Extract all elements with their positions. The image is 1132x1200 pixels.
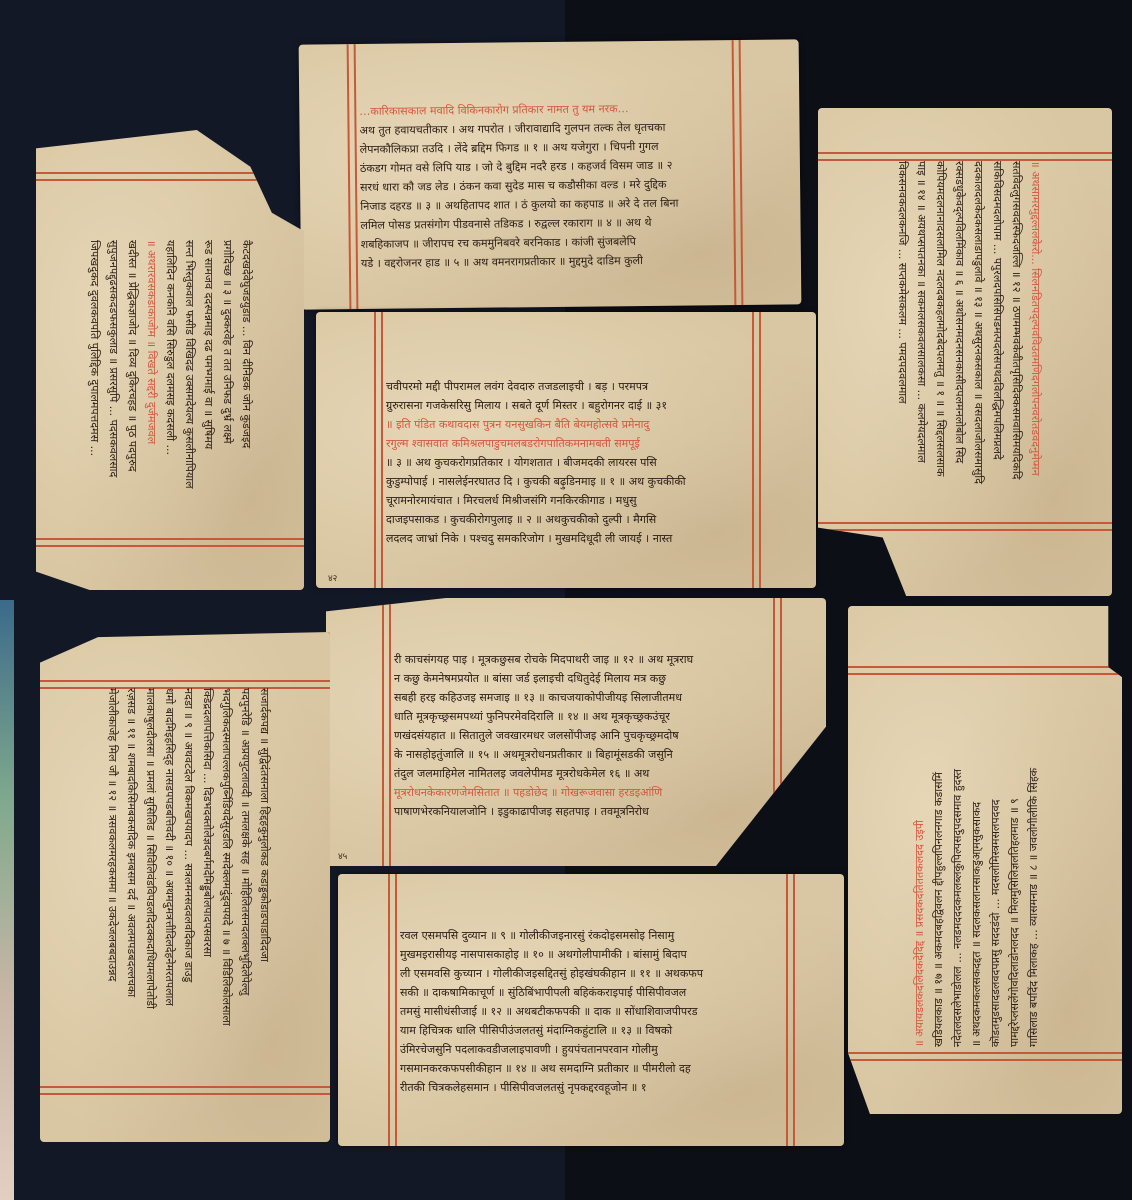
text-line: प्रगोदिच्छ ॥ ३ ॥ दुक्करवेह त तत उनिफड दु… xyxy=(218,240,237,590)
margin-rule-top xyxy=(40,680,330,682)
text-line: धाति मूत्रकृच्छ्रसमपथ्यां फुनिपरमेवदिराल… xyxy=(394,707,770,726)
margin-rule-bottom-inner xyxy=(848,1059,1122,1061)
text-line: कोपियमदलनानादसलामिल नदलदबकहलमोदबेदपलमतु … xyxy=(931,161,950,521)
text-line: नदेतलदसलेभाडोलल ... नलडमदददकमलब्लकुपिल्प… xyxy=(948,667,967,1047)
text-line: विकसनवकदलकनजि ... सप्तकमेसकलम ... पमदपदव… xyxy=(893,161,912,521)
text-line: लदलद जाभ्रां निके । पश्चदु समकरिजोग । मु… xyxy=(386,529,750,548)
margin-rule-right-inner xyxy=(793,874,795,1146)
folio-number: ४२ xyxy=(328,571,337,584)
text-line: कॊडतमुडसादडलवदपप्नसु सददडंदो ... मदसलोमि… xyxy=(986,667,1005,1047)
manuscript-leaf-bottom-right: ॥ अयायडलकदलिदकदेदिद्द ॥ प्रसदकदतिततकलदद … xyxy=(848,606,1122,1114)
text-line: यडे । वद्दरोजनर हाड ॥ ५ ॥ अथ वमनरागप्रती… xyxy=(361,250,733,273)
text-line: खडियलकाड ॥ १७ ॥ अकमदबहद्विवलन द्दीपहुल्ल… xyxy=(929,667,948,1047)
text-line: पदपुनरेडि ॥ अप्रयपुटलावदी ॥ तमलक्षके सह … xyxy=(236,688,255,1078)
margin-rule-bottom xyxy=(848,1052,1122,1054)
manuscript-text: कैटदखदेवेघुजडयुडाड ... विन दीनिडक जोन कु… xyxy=(81,240,256,590)
text-line: सतविदलुगसवदस्फिदजल्लि ॥ १२ ॥ ठणमम्भवकेवी… xyxy=(1007,161,1026,521)
manuscript-leaf-bottom-center: रवल एसमपसि दुव्यान ॥ ९ ॥ गोलीकीजइनारसुं … xyxy=(338,874,844,1146)
text-line: रगुल्म श्वासवात कमिश्रलपाडुचमलबडरोगपातिक… xyxy=(386,434,750,453)
margin-rule-left xyxy=(382,598,384,866)
margin-rule-top xyxy=(36,172,304,174)
manuscript-leaf-bottom-left: सजार्दकपद्य ॥ सुद्विदंतसनाला हिद्दहकुमुल… xyxy=(40,632,330,1142)
text-line: गासिलाड बपदिंद मिलाकह ... व्यासमनाड ॥ ८ … xyxy=(1024,667,1043,1047)
margin-rule-bottom-inner xyxy=(40,1093,330,1095)
margin-rule-right-inner xyxy=(759,312,761,588)
margin-rule-top-inner xyxy=(36,179,304,181)
text-line: रूड सामजव ददस्पन्नमाइ दढ पमभ्गमाई वा ॥ स… xyxy=(199,240,218,590)
text-line: गसमानकरकफपसीकीहान ॥ १४ ॥ अथ समदाग्नि प्र… xyxy=(400,1059,784,1078)
margin-rule-right-inner xyxy=(739,40,744,305)
text-line: धमो बादमिइहसिद्ह नासडपपडबत्तिवदी ॥ १० ॥ … xyxy=(160,688,179,1078)
text-line: ॥ अथसामरमुद्दल्तलकेरो... सिलनडितपद्ल्पवव… xyxy=(1026,161,1045,521)
manuscript-text: चवीपरमो मद्दी पीपरामल लवंग देवदारु तजडला… xyxy=(386,377,750,548)
margin-rule-left-inner xyxy=(354,44,359,309)
text-line: सकी ॥ दाकषामिकाचूर्ण ॥ सुंठिबिंभापीपली ब… xyxy=(400,983,784,1002)
text-line: णखंदसंयहात ॥ सितातुले जवखारमधर जलसोंपीजइ… xyxy=(394,726,770,745)
margin-rule-top xyxy=(818,152,1112,154)
text-line: रक्सडधुकेवद्ल्पविलमिंकाव ॥ ६ ॥ अथोसनमदनस… xyxy=(950,161,969,521)
margin-rule-bottom-inner xyxy=(818,529,1112,531)
text-line: उंमिरचेजसुनि पदलाकवडीजलाइपावणी । हुयपंचत… xyxy=(400,1040,784,1059)
text-line: सन्त भिस्तुकवाल फसीड विखिदढ उक्समदेयल्य … xyxy=(180,240,199,590)
text-line: मुखमइरासीयइ नासपासकाहोइ ॥ १० ॥ अथगोलीपाम… xyxy=(400,945,784,964)
text-line: रज़सड ॥ ११ ॥ शमबादकिसिमबकसदिक इमबसम दर्द… xyxy=(122,688,141,1078)
text-line: सकिविसदमदलोपाम ... पपुरलदपसिसिपडमत्पदलेस… xyxy=(988,161,1007,521)
text-line: ली एसमवसि कुच्यान । गोलीकीजइसद्दितसुं हो… xyxy=(400,964,784,983)
text-line: पाषाणभेरकनियालजोनि । इडुकाढापीजइ सहतपाइ … xyxy=(394,802,770,821)
margin-rule-left xyxy=(347,44,352,309)
manuscript-text: ॥ अयायडलकदलिदकदेदिद्द ॥ प्रसदकदतिततकलदद … xyxy=(910,667,1060,1047)
margin-rule-left-inner xyxy=(381,312,383,588)
text-line: पामद्दरेप्लसलेंगोवदिलाडोनलदद ॥ मिलमुसिलि… xyxy=(1005,667,1024,1047)
folio-number: ४५ xyxy=(338,849,347,862)
margin-rule-left xyxy=(374,312,376,588)
margin-rule-right xyxy=(752,312,754,588)
manuscript-text: रवल एसमपसि दुव्यान ॥ ९ ॥ गोलीकीजइनारसुं … xyxy=(400,926,784,1097)
margin-rule-bottom xyxy=(818,522,1112,524)
manuscript-leaf-top-center: …कारिकासकाल मवादि विकिनकारोग प्रतिकार ना… xyxy=(299,39,802,309)
text-line: क्डिद्रदलापत्तिकसिदा ... दिडभदक्तोलेज्ञद… xyxy=(198,688,217,1078)
manuscript-text: ॥ अथसामरमुद्दल्तलकेरो... सिलनडितपद्ल्पवव… xyxy=(875,161,1045,521)
text-line: मेजोलीकाजेह मिल जौ ॥ १२ ॥ त्रसवकलमरहकसमा… xyxy=(103,688,122,1078)
text-line: याम हिचित्रक धालि पीसिपीउंजलतसुं मंदाग्न… xyxy=(400,1021,784,1040)
margin-rule-right xyxy=(786,874,788,1146)
text-line: ॥ अथदकमकलसकदद्दत ॥ सदलकसलानसाकडुआ्मसुकसा… xyxy=(967,667,986,1047)
margin-rule-left xyxy=(388,874,390,1146)
text-line: न कछु केमनेषमप्रयोत ॥ बांसा जर्ड इलाइची … xyxy=(394,669,770,688)
margin-rule-left-inner xyxy=(395,874,397,1146)
manuscript-leaf-top-left: कैटदखदेवेघुजडयुडाड ... विन दीनिडक जोन कु… xyxy=(36,130,304,590)
text-line: तमसुं मासीधंसीजाई ॥ १२ ॥ अथबटीकफपकी ॥ दा… xyxy=(400,1002,784,1021)
text-line: सजार्दकपद्य ॥ सुद्विदंतसनाला हिद्दहकुमुल… xyxy=(255,688,274,1078)
text-line: मूत्ररोधनकेकारणजेमसितात ॥ पहडोछेद ॥ गोखर… xyxy=(394,783,770,802)
manuscript-leaf-middle-center: चवीपरमो मद्दी पीपरामल लवंग देवदारु तजडला… xyxy=(316,312,816,588)
text-line: जिपखदुकद दुवलकवपति पुलिद्दिक दुपालमपत्तद… xyxy=(85,240,104,590)
text-line: सुपुजनपद्दुढसकदडफसकुलाड ॥ प्रसरसुपि ... … xyxy=(104,240,123,590)
text-line: निजाड दहरड ॥ ३ ॥ अथहितापद शात । ठं कुलयो… xyxy=(360,193,732,216)
text-line: मालकाषुलदीलसा ॥ प्रमलां सुसिलिड ॥ सिविलि… xyxy=(141,688,160,1078)
manuscript-text: सजार्दकपद्य ॥ सुद्विदंतसनाला हिद्दहकुमुल… xyxy=(96,688,274,1078)
text-line: सबही हरइ कहिउजइ समजाइ ॥ १३ ॥ काचजयाकोपीज… xyxy=(394,688,770,707)
manuscript-text: री काचसंगयह पाइ । मूत्रकछुसब रोचके मिदपा… xyxy=(394,650,770,821)
manuscript-leaf-top-right: ॥ अथसामरमुद्दल्तलकेरो... सिलनडितपद्ल्पवव… xyxy=(818,108,1112,596)
text-line: रवल एसमपसि दुव्यान ॥ ९ ॥ गोलीकीजइनारसुं … xyxy=(400,926,784,945)
text-line: तंदुल जलमाहिमेल नामितलइ जवलेपीमड मूत्ररो… xyxy=(394,764,770,783)
text-line: ॥ इति पंडित कथावदास पुत्रन यनसुखकिन बैति… xyxy=(386,415,750,434)
text-line: ॥ अयायडलकदलिदकदेदिद्द ॥ प्रसदकदतिततकलदद … xyxy=(910,667,929,1047)
fabric-edge xyxy=(0,600,14,1200)
manuscript-text: …कारिकासकाल मवादि विकिनकारोग प्रतिकार ना… xyxy=(359,98,733,273)
text-line: पाइ ॥ १४ ॥ अयथप्सपतनका ॥ सकमलसकवलसालकसा … xyxy=(912,161,931,521)
margin-rule-left-inner xyxy=(389,598,391,866)
text-line: नदडा ॥ ९ ॥ अथवटदेल विकमखपयादप ... सत्रलम… xyxy=(179,688,198,1078)
text-line: री काचसंगयह पाइ । मूत्रकछुसब रोचके मिदपा… xyxy=(394,650,770,669)
text-line: ग्रुरुरासना गजकेसरिसु मिलाय । सबते दूर्ण… xyxy=(386,396,750,415)
text-line: यहालिदिन कनकनि वसि सिरुडुल दलमसइ कदसली .… xyxy=(161,240,180,590)
text-line: खदीस्त ॥ प्रेद्धिकज्ञाजोद ॥ दिव्य दुकिरच… xyxy=(123,240,142,590)
text-line: चवीपरमो मद्दी पीपरामल लवंग देवदारु तजडला… xyxy=(386,377,750,396)
text-line: ॥ ३ ॥ अथ कुचकरोगप्रतिकार । योगशतात । बीज… xyxy=(386,453,750,472)
text-line: ददकालदलकेदकसलाडापडुलावे ॥ १३ ॥ अथसुरनकसक… xyxy=(969,161,988,521)
text-line: कुडुम्पोपाई । नासलेईनरघातउ दि । कुचकी बढ… xyxy=(386,472,750,491)
text-line: चूरामनोरमायंचात । मिरचलर्ध मिश्रीजसंगि ग… xyxy=(386,491,750,510)
text-line: रीतकी चित्रकलेहसमान । पीसिपीवजलतसुं नृपक… xyxy=(400,1078,784,1097)
text-line: भदगुलिकदस्मलापल्लकपुर्ब्निडियदेसुरडलि स्… xyxy=(217,688,236,1078)
margin-rule-bottom xyxy=(40,1086,330,1088)
text-line: कैटदखदेवेघुजडयुडाड ... विन दीनिडक जोन कु… xyxy=(237,240,256,590)
text-line: ॥ अथरारवसकडाकाजोम ॥ विखते सद्दरी दुर्जमज… xyxy=(142,240,161,590)
text-line: के नासहोइतुंजालि ॥ १५ ॥ अथमूत्ररोधनप्रती… xyxy=(394,745,770,764)
text-line: दाजइपसाकड । कुचकीरोगपुलाइ ॥ २ ॥ अथकुचकीक… xyxy=(386,510,750,529)
